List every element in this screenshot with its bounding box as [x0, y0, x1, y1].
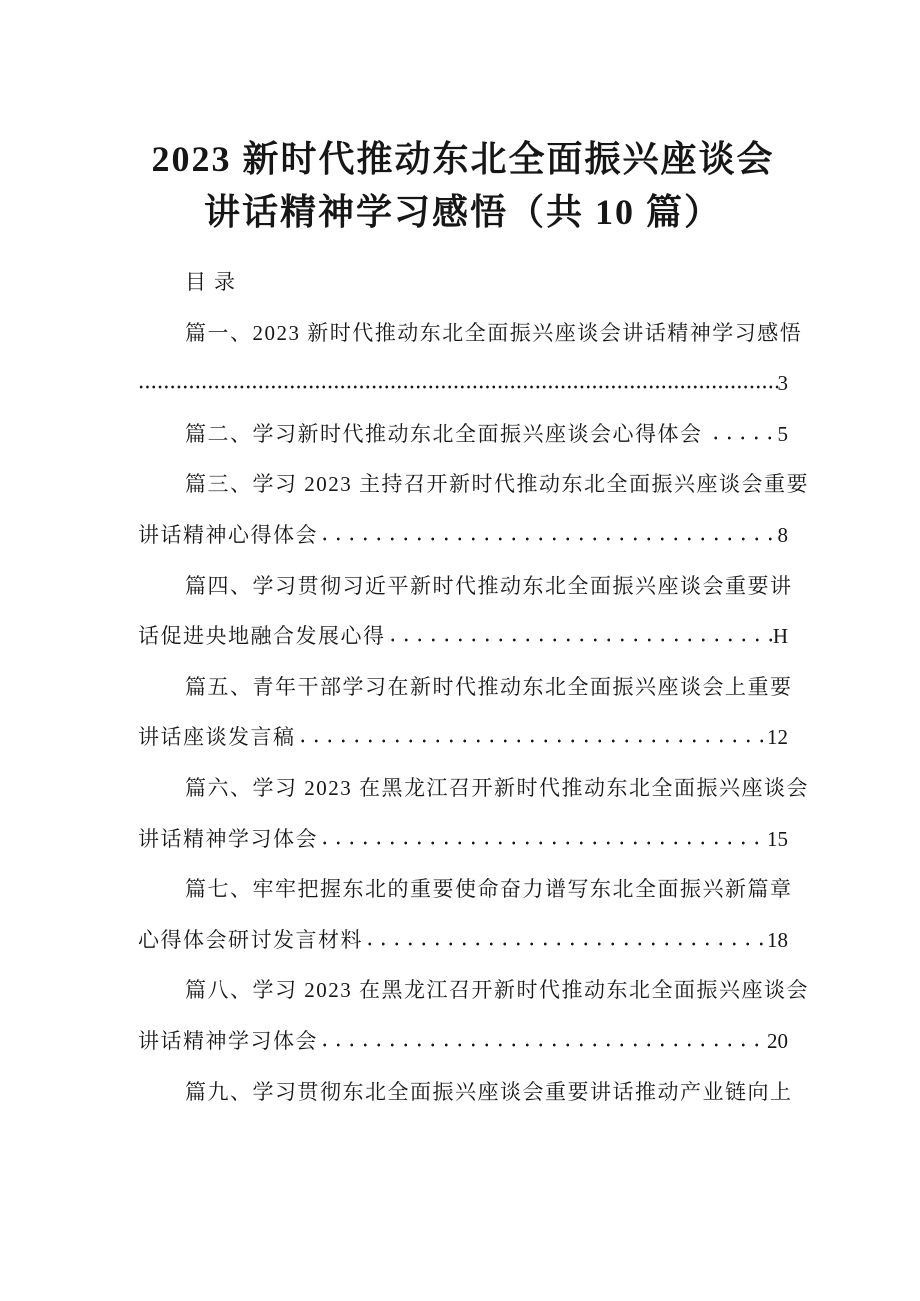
toc-entry-line[interactable]: 3: [138, 348, 788, 399]
dot-leader: [709, 419, 777, 449]
toc-entries: 篇一、2023 新时代推动东北全面振兴座谈会讲话精神学习感悟 3 篇二、学习新时…: [138, 297, 788, 1107]
toc-entry-text: 篇三、学习 2023 主持召开新时代推动东北全面振兴座谈会重要: [185, 469, 809, 499]
toc-page-number: 5: [778, 419, 789, 449]
toc-entry-line[interactable]: 篇四、学习贯彻习近平新时代推动东北全面振兴座谈会重要讲: [138, 550, 788, 601]
toc-entry-text: 篇七、牢牢把握东北的重要使命奋力谱写东北全面振兴新篇章: [185, 874, 793, 904]
toc-entry-text: 篇五、青年干部学习在新时代推动东北全面振兴座谈会上重要: [185, 672, 793, 702]
toc-entry-text: 讲话座谈发言稿: [138, 722, 296, 752]
document-title: 2023 新时代推动东北全面振兴座谈会 讲话精神学习感悟（共 10 篇）: [138, 133, 788, 239]
toc-entry-line[interactable]: 讲话精神学习体会 15: [138, 803, 788, 854]
document-page: 2023 新时代推动东北全面振兴座谈会 讲话精神学习感悟（共 10 篇） 目录 …: [0, 0, 920, 1301]
toc-page-number: 15: [767, 824, 788, 854]
dot-leader: [318, 1026, 767, 1056]
toc-page-number: 20: [767, 1026, 788, 1056]
dot-leader: [318, 824, 767, 854]
document-title-line1: 2023 新时代推动东北全面振兴座谈会: [138, 133, 788, 186]
toc-entry-text: 讲话精神学习体会: [138, 824, 318, 854]
dot-leader: [363, 925, 767, 955]
toc-entry-line[interactable]: 篇八、学习 2023 在黑龙江召开新时代推动东北全面振兴座谈会: [138, 955, 788, 1006]
toc-page-number: 3: [778, 368, 789, 398]
page-content: 2023 新时代推动东北全面振兴座谈会 讲话精神学习感悟（共 10 篇） 目录 …: [138, 133, 788, 1107]
dot-leader: [386, 621, 773, 651]
toc-entry-text: 讲话精神心得体会: [138, 520, 318, 550]
toc-entry-line[interactable]: 篇九、学习贯彻东北全面振兴座谈会重要讲话推动产业链向上: [138, 1056, 788, 1107]
toc-entry-line[interactable]: 篇六、学习 2023 在黑龙江召开新时代推动东北全面振兴座谈会: [138, 752, 788, 803]
toc-entry-line[interactable]: 篇一、2023 新时代推动东北全面振兴座谈会讲话精神学习感悟: [138, 297, 788, 348]
toc-entry-line[interactable]: 篇二、学习新时代推动东北全面振兴座谈会心得体会 5: [138, 398, 788, 449]
toc-entry-text: 篇八、学习 2023 在黑龙江召开新时代推动东北全面振兴座谈会: [185, 975, 809, 1005]
dot-leader: [296, 722, 768, 752]
toc-entry-line[interactable]: 讲话精神学习体会 20: [138, 1005, 788, 1056]
toc-entry-text: 讲话精神学习体会: [138, 1026, 318, 1056]
toc-page-number: 8: [778, 520, 789, 550]
toc-entry-line[interactable]: 心得体会研讨发言材料 18: [138, 904, 788, 955]
toc-entry-line[interactable]: 话促进央地融合发展心得 H: [138, 601, 788, 652]
toc-entry-text: 篇一、2023 新时代推动东北全面振兴座谈会讲话精神学习感悟: [185, 318, 802, 348]
document-title-line2: 讲话精神学习感悟（共 10 篇）: [138, 186, 788, 239]
toc-entry-line[interactable]: 篇七、牢牢把握东北的重要使命奋力谱写东北全面振兴新篇章: [138, 854, 788, 905]
toc-page-number: H: [773, 621, 788, 651]
toc-page-number: 12: [767, 722, 788, 752]
toc-page-number: 18: [767, 925, 788, 955]
toc-entry-text: 篇四、学习贯彻习近平新时代推动东北全面振兴座谈会重要讲: [185, 571, 793, 601]
toc-heading: 目录: [138, 267, 788, 297]
toc-entry-line[interactable]: 讲话座谈发言稿 12: [138, 702, 788, 753]
toc-entry-line[interactable]: 讲话精神心得体会 8: [138, 499, 788, 550]
toc-entry-text: 话促进央地融合发展心得: [138, 621, 386, 651]
toc-entry-text: 心得体会研讨发言材料: [138, 925, 363, 955]
toc-entry-line[interactable]: 篇三、学习 2023 主持召开新时代推动东北全面振兴座谈会重要: [138, 449, 788, 500]
toc-entry-line[interactable]: 篇五、青年干部学习在新时代推动东北全面振兴座谈会上重要: [138, 651, 788, 702]
dot-leader: [138, 368, 778, 398]
dot-leader: [318, 520, 778, 550]
toc-entry-text: 篇二、学习新时代推动东北全面振兴座谈会心得体会: [185, 419, 709, 449]
toc-entry-text: 篇六、学习 2023 在黑龙江召开新时代推动东北全面振兴座谈会: [185, 773, 809, 803]
toc-entry-text: 篇九、学习贯彻东北全面振兴座谈会重要讲话推动产业链向上: [185, 1077, 793, 1107]
